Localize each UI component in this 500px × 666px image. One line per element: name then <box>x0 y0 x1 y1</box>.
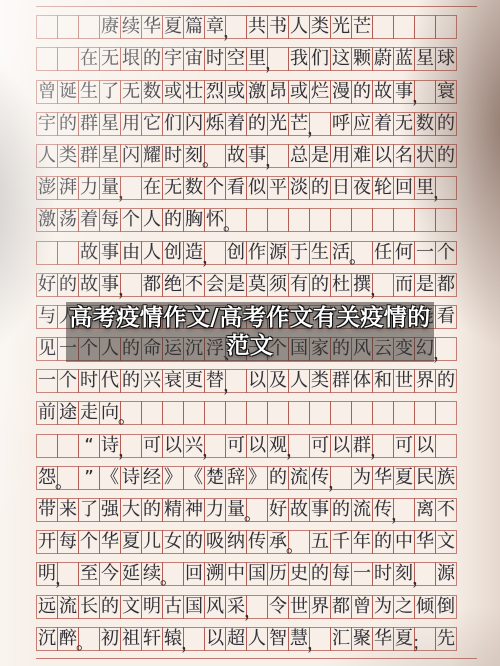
grid-cell-char: 长 <box>78 595 100 619</box>
grid-cell-char: ， <box>183 627 205 651</box>
grid-cell-char: 无 <box>120 80 142 104</box>
grid-cell-char: 先 <box>435 627 457 651</box>
grid-cell-char: 的 <box>351 80 373 104</box>
grid-cell-char: 时 <box>204 47 226 71</box>
grid-cell-char: 华 <box>414 530 436 554</box>
grid-cell-char: 世 <box>393 369 415 393</box>
grid-cell-empty <box>393 401 415 425</box>
grid-cell-empty <box>288 401 310 425</box>
grid-cell-char: 生 <box>78 80 100 104</box>
grid-cell-char: 流 <box>351 498 373 522</box>
essay-row: 在无垠的宇宙时空里，我们这颗蔚蓝星球 <box>36 47 477 71</box>
grid-cell-char: 力 <box>78 176 100 200</box>
grid-cell-empty <box>372 15 394 39</box>
grid-cell-empty <box>36 241 58 265</box>
paper-photo: 赓续华夏篇章，共书人类光芒在无垠的宇宙时空里，我们这颗蔚蓝星球曾诞生了无数或壮烈… <box>0 0 500 666</box>
grid-cell-char: 华 <box>99 530 121 554</box>
grid-cell-char: 状 <box>414 144 436 168</box>
grid-cell-char: 日 <box>330 176 352 200</box>
grid-cell-char: 来 <box>57 498 79 522</box>
grid-cell-char: 荡 <box>57 208 79 232</box>
grid-cell-char: 宙 <box>183 47 205 71</box>
grid-cell-char: 无 <box>393 112 415 136</box>
grid-cell-char: 个 <box>435 241 457 265</box>
grid-cell-char: ， <box>435 337 457 361</box>
grid-cell-empty <box>414 401 436 425</box>
grid-cell-char: 楚 <box>204 466 226 490</box>
grid-cell-char: 垠 <box>120 47 142 71</box>
grid-cell-char: 们 <box>309 47 331 71</box>
grid-cell-char: 人 <box>36 144 58 168</box>
essay-row: 人类群星闪耀时刻。故事，总是用难以名状的 <box>36 144 477 168</box>
grid-cell-char: 传 <box>246 530 268 554</box>
grid-cell-char: 的 <box>57 112 79 136</box>
grid-cell-char: 不 <box>183 273 205 297</box>
grid-cell-char: 诗 <box>120 466 142 490</box>
grid-cell-char: 数 <box>183 176 205 200</box>
grid-cell-char: 。 <box>57 466 79 490</box>
grid-cell-char: 体 <box>351 369 373 393</box>
grid-cell-char: ， <box>372 273 394 297</box>
grid-cell-char: 可 <box>393 434 415 458</box>
grid-cell-char: 星 <box>99 144 121 168</box>
grid-cell-char: 时 <box>162 144 184 168</box>
grid-cell-char: 莫 <box>246 273 268 297</box>
grid-cell-char: 澎 <box>36 176 58 200</box>
grid-cell-char: 前 <box>36 401 58 425</box>
grid-cell-char: 人 <box>141 241 163 265</box>
grid-cell-empty <box>288 208 310 232</box>
grid-cell-char: 闪 <box>183 112 205 136</box>
grid-cell-char: 人 <box>288 15 310 39</box>
grid-cell-char: ， <box>414 80 436 104</box>
grid-cell-char: 闪 <box>120 144 142 168</box>
grid-cell-char: 每 <box>330 562 352 586</box>
grid-cell-empty <box>246 208 268 232</box>
grid-cell-char: 生 <box>309 241 331 265</box>
grid-cell-empty <box>57 47 79 71</box>
grid-cell-empty <box>267 208 289 232</box>
grid-cell-char: 界 <box>309 595 331 619</box>
grid-cell-char: 的 <box>141 47 163 71</box>
essay-photo-page: { "colors": { "paper": "#f7efe8", "grid_… <box>0 0 500 666</box>
grid-cell-char: 可 <box>309 434 331 458</box>
grid-cell-empty <box>57 15 79 39</box>
grid-cell-char: 夏 <box>162 15 184 39</box>
grid-cell-char: 于 <box>288 241 310 265</box>
grid-cell-char: 由 <box>120 241 142 265</box>
grid-cell-char: 的 <box>435 112 457 136</box>
grid-cell-char: 源 <box>267 241 289 265</box>
grid-cell-char: 无 <box>162 176 184 200</box>
essay-row: “诗，可以兴，可以观，可以群，可以 <box>36 434 477 458</box>
grid-cell-char: 。 <box>78 627 100 651</box>
grid-cell-char: 或 <box>162 80 184 104</box>
essay-row: 故事由人创造，创作源于生活。任何一个 <box>36 241 477 265</box>
grid-cell-char: 夜 <box>351 176 373 200</box>
grid-cell-char: 激 <box>36 208 58 232</box>
grid-cell-empty <box>183 401 205 425</box>
grid-cell-empty <box>78 15 100 39</box>
grid-cell-char: 都 <box>141 273 163 297</box>
grid-cell-char: 好 <box>36 273 58 297</box>
essay-row: 一个时代的兴衰更替，以及人类群体和世界的 <box>36 369 477 393</box>
grid-cell-char: 中 <box>393 530 415 554</box>
grid-cell-char: 一 <box>414 241 436 265</box>
grid-cell-char: 回 <box>183 562 205 586</box>
grid-cell-char: 轩 <box>141 627 163 651</box>
grid-cell-char: 群 <box>330 369 352 393</box>
grid-cell-char: 智 <box>267 627 289 651</box>
grid-cell-char: 烁 <box>204 112 226 136</box>
grid-cell-char: 我 <box>288 47 310 71</box>
grid-cell-char: 着 <box>78 208 100 232</box>
grid-cell-char: 聚 <box>351 627 373 651</box>
grid-cell-char: 的 <box>246 112 268 136</box>
essay-row: 赓续华夏篇章，共书人类光芒 <box>36 15 477 39</box>
grid-cell-empty <box>393 15 415 39</box>
grid-cell-char: 《 <box>99 466 121 490</box>
grid-cell-char: 似 <box>246 176 268 200</box>
grid-cell-char: ； <box>414 627 436 651</box>
grid-cell-char: 每 <box>99 208 121 232</box>
grid-cell-char: 精 <box>162 498 184 522</box>
grid-cell-char: 须 <box>267 273 289 297</box>
grid-cell-char: 华 <box>141 15 163 39</box>
grid-cell-char: 都 <box>330 595 352 619</box>
grid-cell-char: 事 <box>99 241 121 265</box>
grid-cell-char: 绝 <box>162 273 184 297</box>
grid-cell-char: 溯 <box>204 562 226 586</box>
essay-row: 前途走向。 <box>36 401 477 425</box>
grid-cell-char: 史 <box>288 562 310 586</box>
grid-cell-char: 倾 <box>414 595 436 619</box>
grid-cell-char: 夏 <box>120 530 142 554</box>
grid-cell-char: 带 <box>36 498 58 522</box>
grid-cell-char: 任 <box>372 241 394 265</box>
grid-cell-char: 名 <box>393 144 415 168</box>
grid-cell-char: 每 <box>57 530 79 554</box>
grid-cell-char: 人 <box>246 627 268 651</box>
essay-row: 怨。”《诗经》《楚辞》的流传，为华夏民族 <box>36 466 477 490</box>
grid-top-line <box>36 6 477 7</box>
grid-cell-char: 以 <box>204 627 226 651</box>
grid-cell-char: 国 <box>183 595 205 619</box>
grid-cell-char: 以 <box>330 434 352 458</box>
grid-cell-char: 的 <box>267 466 289 490</box>
grid-cell-empty <box>225 401 247 425</box>
grid-cell-char: 以 <box>372 144 394 168</box>
essay-row: 宇的群星用它们闪烁着的光芒，呼应着无数的 <box>36 112 477 136</box>
grid-cell-char: 耀 <box>141 144 163 168</box>
grid-cell-char: 远 <box>36 595 58 619</box>
grid-cell-char: 的 <box>99 595 121 619</box>
grid-cell-char: 延 <box>120 562 142 586</box>
grid-cell-char: 族 <box>435 466 457 490</box>
grid-cell-char: 是 <box>309 144 331 168</box>
grid-cell-char: 源 <box>435 562 457 586</box>
grid-cell-char: 续 <box>120 15 142 39</box>
grid-cell-empty <box>36 434 58 458</box>
grid-cell-empty <box>330 401 352 425</box>
grid-cell-empty <box>351 401 373 425</box>
grid-cell-char: 个 <box>120 208 142 232</box>
grid-cell-char: 风 <box>204 595 226 619</box>
grid-cell-char: 蓝 <box>393 47 415 71</box>
grid-cell-char: 好 <box>267 498 289 522</box>
grid-cell-char: 以 <box>246 369 268 393</box>
grid-cell-char: 古 <box>162 595 184 619</box>
grid-cell-empty <box>57 241 79 265</box>
grid-cell-char: 汇 <box>330 627 352 651</box>
grid-cell-char: 流 <box>288 466 310 490</box>
grid-cell-char: 创 <box>225 241 247 265</box>
grid-cell-char: 《 <box>183 466 205 490</box>
grid-cell-char: 壮 <box>183 80 205 104</box>
grid-cell-char: 看 <box>225 176 247 200</box>
grid-cell-empty <box>435 15 457 39</box>
grid-cell-char: 事 <box>309 498 331 522</box>
grid-cell-char: 的 <box>57 273 79 297</box>
grid-cell-char: 个 <box>78 530 100 554</box>
grid-cell-char: 。 <box>246 498 268 522</box>
grid-cell-empty <box>393 208 415 232</box>
grid-cell-char: 时 <box>372 562 394 586</box>
grid-cell-char: 无 <box>99 47 121 71</box>
grid-cell-char: 着 <box>372 112 394 136</box>
grid-cell-char: 着 <box>225 112 247 136</box>
grid-cell-empty <box>309 208 331 232</box>
grid-cell-char: 数 <box>414 112 436 136</box>
grid-cell-char: 可 <box>225 434 247 458</box>
grid-cell-char: 超 <box>225 627 247 651</box>
grid-cell-empty <box>309 401 331 425</box>
grid-cell-char: 女 <box>162 530 184 554</box>
grid-cell-char: 星 <box>99 112 121 136</box>
grid-cell-char: 吸 <box>204 530 226 554</box>
grid-cell-char: 可 <box>141 434 163 458</box>
grid-cell-char: 明 <box>141 595 163 619</box>
grid-cell-char: 走 <box>78 401 100 425</box>
grid-cell-char: 经 <box>141 466 163 490</box>
grid-cell-char: 的 <box>183 530 205 554</box>
grid-cell-char: 见 <box>36 337 58 361</box>
grid-cell-char: 华 <box>372 466 394 490</box>
grid-cell-char: ， <box>120 273 142 297</box>
grid-cell-char: ， <box>225 15 247 39</box>
grid-cell-char: 和 <box>372 369 394 393</box>
grid-cell-char: 难 <box>351 144 373 168</box>
grid-cell-char: 人 <box>141 208 163 232</box>
grid-cell-empty <box>36 15 58 39</box>
grid-cell-char: 用 <box>120 112 142 136</box>
essay-row: 澎湃力量，在无数个看似平淡的日夜轮回里， <box>36 176 477 200</box>
grid-cell-char: 何 <box>393 241 415 265</box>
essay-row: 好的故事，都绝不会是莫须有的杜撰，而是都 <box>36 273 477 297</box>
grid-cell-char: 类 <box>309 369 331 393</box>
grid-bottom-line <box>36 658 477 659</box>
grid-cell-empty <box>414 15 436 39</box>
grid-cell-char: 流 <box>57 595 79 619</box>
grid-cell-char: 的 <box>141 498 163 522</box>
grid-cell-char: 神 <box>183 498 205 522</box>
grid-cell-char: 是 <box>225 273 247 297</box>
grid-cell-char: 离 <box>414 498 436 522</box>
grid-cell-char: 诞 <box>57 80 79 104</box>
essay-row: 沉醉。初祖轩辕，以超人智慧，汇聚华夏；先 <box>36 627 477 651</box>
grid-cell-char: 颗 <box>351 47 373 71</box>
grid-cell-char: 创 <box>162 241 184 265</box>
grid-cell-char: 会 <box>204 273 226 297</box>
grid-cell-char: 故 <box>288 498 310 522</box>
grid-cell-char: “ <box>78 434 100 458</box>
grid-cell-char: 的 <box>330 498 352 522</box>
grid-cell-char: 纳 <box>225 530 247 554</box>
grid-cell-char: 曾 <box>36 80 58 104</box>
grid-cell-char: ， <box>246 595 268 619</box>
grid-cell-char: 用 <box>330 144 352 168</box>
grid-cell-char: 故 <box>78 273 100 297</box>
grid-cell-empty <box>372 208 394 232</box>
essay-row: 曾诞生了无数或壮烈或激昂或烂漫的故事，寰 <box>36 80 477 104</box>
grid-cell-char: 。 <box>204 144 226 168</box>
grid-cell-char: ， <box>204 241 226 265</box>
grid-cell-char: 人 <box>288 369 310 393</box>
grid-cell-char: 的 <box>309 176 331 200</box>
grid-cell-char: 在 <box>141 176 163 200</box>
essay-row: 明，至今延续。回溯中国历史的每一时刻，源 <box>36 562 477 586</box>
grid-cell-char: 。 <box>225 208 247 232</box>
grid-cell-char: 不 <box>435 498 457 522</box>
essay-row: 带来了强大的精神力量。好故事的流传，离不 <box>36 498 477 522</box>
grid-cell-char: 国 <box>246 562 268 586</box>
grid-cell-char: ， <box>330 466 352 490</box>
grid-cell-char: 看 <box>435 305 457 329</box>
grid-cell-char: 都 <box>435 273 457 297</box>
grid-cell-char: 界 <box>414 369 436 393</box>
grid-cell-char: 宇 <box>36 112 58 136</box>
grid-cell-char: 的 <box>309 562 331 586</box>
grid-cell-char: 类 <box>309 15 331 39</box>
grid-cell-char: 故 <box>78 241 100 265</box>
grid-cell-empty <box>372 401 394 425</box>
grid-cell-char: 群 <box>78 144 100 168</box>
grid-cell-char: 的 <box>435 369 457 393</box>
grid-cell-char: 强 <box>99 498 121 522</box>
grid-cell-char: 个 <box>204 176 226 200</box>
grid-cell-char: 光 <box>330 15 352 39</box>
grid-cell-char: ， <box>372 434 394 458</box>
grid-cell-char: 衰 <box>162 369 184 393</box>
grid-cell-char: 应 <box>351 112 373 136</box>
grid-cell-empty <box>351 208 373 232</box>
grid-cell-char: 总 <box>288 144 310 168</box>
grid-cell-char: ， <box>309 627 331 651</box>
grid-cell-char: 为 <box>351 466 373 490</box>
grid-cell-char: ， <box>204 434 226 458</box>
grid-cell-empty <box>330 208 352 232</box>
grid-cell-char: 它 <box>141 112 163 136</box>
essay-row: 开每个华夏儿女的吸纳传承。五千年的中华文 <box>36 530 477 554</box>
grid-cell-char: 以 <box>246 434 268 458</box>
grid-cell-char: 五 <box>309 530 331 554</box>
grid-cell-char: 今 <box>99 562 121 586</box>
grid-cell-char: 作 <box>246 241 268 265</box>
grid-cell-char: 。 <box>120 401 142 425</box>
grid-cell-char: 沉 <box>36 627 58 651</box>
grid-cell-char: 。 <box>162 562 184 586</box>
grid-cell-char: 激 <box>246 80 268 104</box>
grid-cell-char: 文 <box>120 595 142 619</box>
grid-cell-char: 们 <box>162 112 184 136</box>
grid-cell-char: ， <box>414 562 436 586</box>
grid-cell-char: 的 <box>372 530 394 554</box>
grid-cell-char: 宇 <box>162 47 184 71</box>
grid-cell-char: 兴 <box>141 369 163 393</box>
grid-cell-char: ， <box>225 369 247 393</box>
grid-cell-char: 漫 <box>330 80 352 104</box>
grid-cell-char: 之 <box>393 595 415 619</box>
grid-cell-char: ， <box>267 47 289 71</box>
grid-cell-char: 了 <box>99 80 121 104</box>
grid-cell-char: 辞 <box>225 466 247 490</box>
grid-cell-char: 与 <box>36 305 58 329</box>
grid-cell-empty <box>414 208 436 232</box>
grid-cell-char: 类 <box>57 144 79 168</box>
grid-cell-char: 的 <box>309 273 331 297</box>
grid-cell-char: 篇 <box>183 15 205 39</box>
grid-cell-char: ， <box>393 498 415 522</box>
grid-cell-char: 轮 <box>372 176 394 200</box>
grid-cell-char: ， <box>57 562 79 586</box>
essay-row: 激荡着每个人的胸怀。 <box>36 208 477 232</box>
grid-cell-char: 大 <box>120 498 142 522</box>
grid-cell-char: 共 <box>246 15 268 39</box>
grid-cell-char: ， <box>309 112 331 136</box>
grid-cell-char: ， <box>288 434 310 458</box>
grid-cell-char: 个 <box>57 369 79 393</box>
grid-cell-char: 时 <box>78 369 100 393</box>
grid-cell-empty <box>435 208 457 232</box>
grid-cell-char: 而 <box>393 273 415 297</box>
grid-cell-char: 烈 <box>204 80 226 104</box>
grid-cell-char: 书 <box>267 15 289 39</box>
grid-cell-empty <box>141 401 163 425</box>
grid-cell-char: 故 <box>372 80 394 104</box>
grid-cell-char: 故 <box>225 144 247 168</box>
grid-cell-char: 球 <box>435 47 457 71</box>
grid-cell-char: 胸 <box>183 208 205 232</box>
grid-cell-char: 途 <box>57 401 79 425</box>
grid-cell-char: 夏 <box>393 466 415 490</box>
grid-cell-char: ， <box>267 144 289 168</box>
grid-cell-char: 在 <box>78 47 100 71</box>
grid-cell-char: ， <box>435 176 457 200</box>
grid-cell-char: 为 <box>372 595 394 619</box>
grid-cell-char: 烂 <box>309 80 331 104</box>
grid-cell-empty <box>57 434 79 458</box>
grid-cell-empty <box>435 434 457 458</box>
grid-cell-char: 了 <box>78 498 100 522</box>
grid-cell-empty <box>246 401 268 425</box>
grid-cell-char: 力 <box>204 498 226 522</box>
essay-row: 远流长的文明古国风采，令世界都曾为之倾倒 <box>36 595 477 619</box>
grid-cell-char: 年 <box>351 530 373 554</box>
grid-cell-char: 。 <box>288 530 310 554</box>
grid-cell-char: 世 <box>288 595 310 619</box>
grid-cell-char: 数 <box>141 80 163 104</box>
grid-cell-char: 至 <box>78 562 100 586</box>
